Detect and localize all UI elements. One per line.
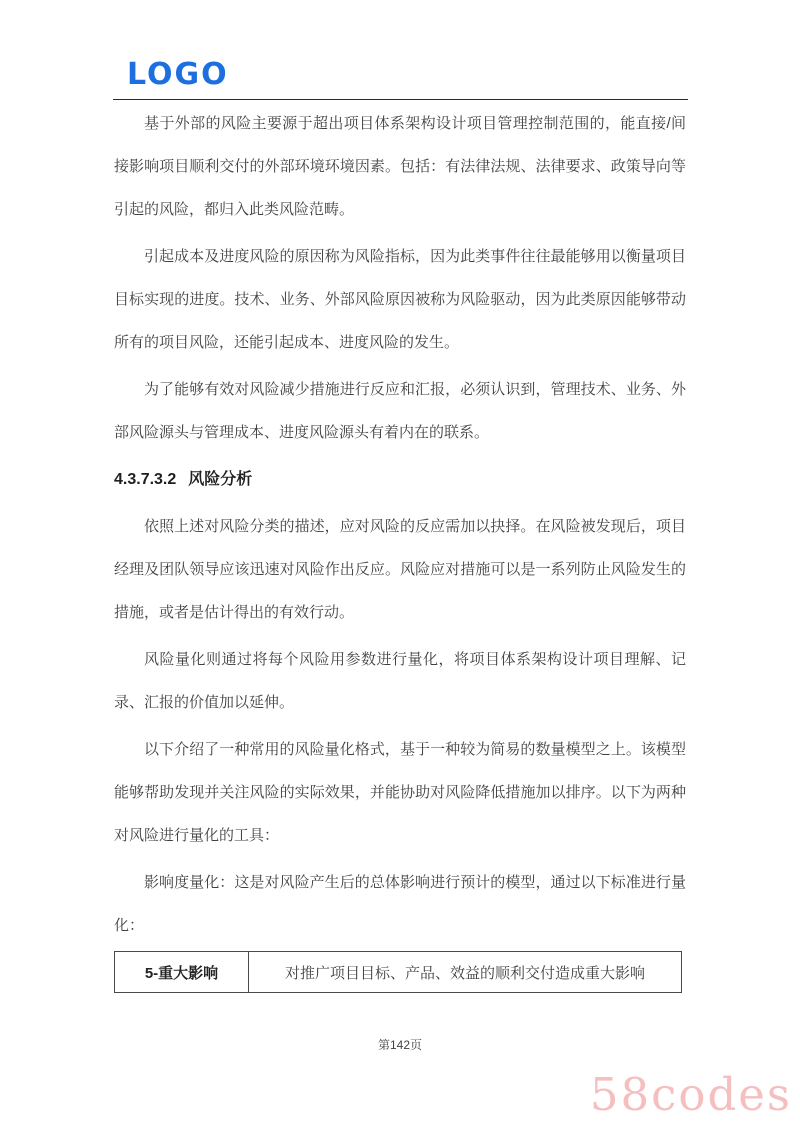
paragraph-risk-sources: 为了能够有效对风险减少措施进行反应和汇报，必须认识到，管理技术、业务、外部风险源…	[114, 368, 686, 454]
table-row: 5-重大影响 对推广项目目标、产品、效益的顺利交付造成重大影响	[115, 952, 682, 993]
paragraph-external-risk: 基于外部的风险主要源于超出项目体系架构设计项目管理控制范围的，能直接/间接影响项…	[114, 102, 686, 231]
company-logo: LOGO	[127, 60, 229, 90]
paragraph-risk-response: 依照上述对风险分类的描述，应对风险的反应需加以抉择。在风险被发现后，项目经理及团…	[114, 505, 686, 634]
paragraph-impact-quantification: 影响度量化：这是对风险产生后的总体影响进行预计的模型，通过以下标准进行量化：	[114, 861, 686, 947]
section-number: 4.3.7.3.2	[114, 471, 176, 488]
document-page: LOGO 基于外部的风险主要源于超出项目体系架构设计项目管理控制范围的，能直接/…	[0, 0, 800, 1132]
paragraph-risk-indicator: 引起成本及进度风险的原因称为风险指标，因为此类事件往往最能够用以衡量项目目标实现…	[114, 235, 686, 364]
section-heading: 4.3.7.3.2风险分析	[114, 458, 686, 501]
impact-description-cell: 对推广项目目标、产品、效益的顺利交付造成重大影响	[249, 952, 682, 993]
impact-quantification-table: 5-重大影响 对推广项目目标、产品、效益的顺利交付造成重大影响	[114, 951, 682, 993]
watermark-text: 58codes	[590, 1068, 792, 1121]
impact-level-cell: 5-重大影响	[115, 952, 249, 993]
page-header: LOGO	[113, 60, 688, 100]
section-title: 风险分析	[188, 471, 252, 488]
document-body: 基于外部的风险主要源于超出项目体系架构设计项目管理控制范围的，能直接/间接影响项…	[114, 102, 686, 993]
paragraph-risk-quantification: 风险量化则通过将每个风险用参数进行量化，将项目体系架构设计项目理解、记录、汇报的…	[114, 638, 686, 724]
paragraph-quantification-format: 以下介绍了一种常用的风险量化格式，基于一种较为简易的数量模型之上。该模型能够帮助…	[114, 728, 686, 857]
page-number: 第142页	[0, 1036, 800, 1053]
